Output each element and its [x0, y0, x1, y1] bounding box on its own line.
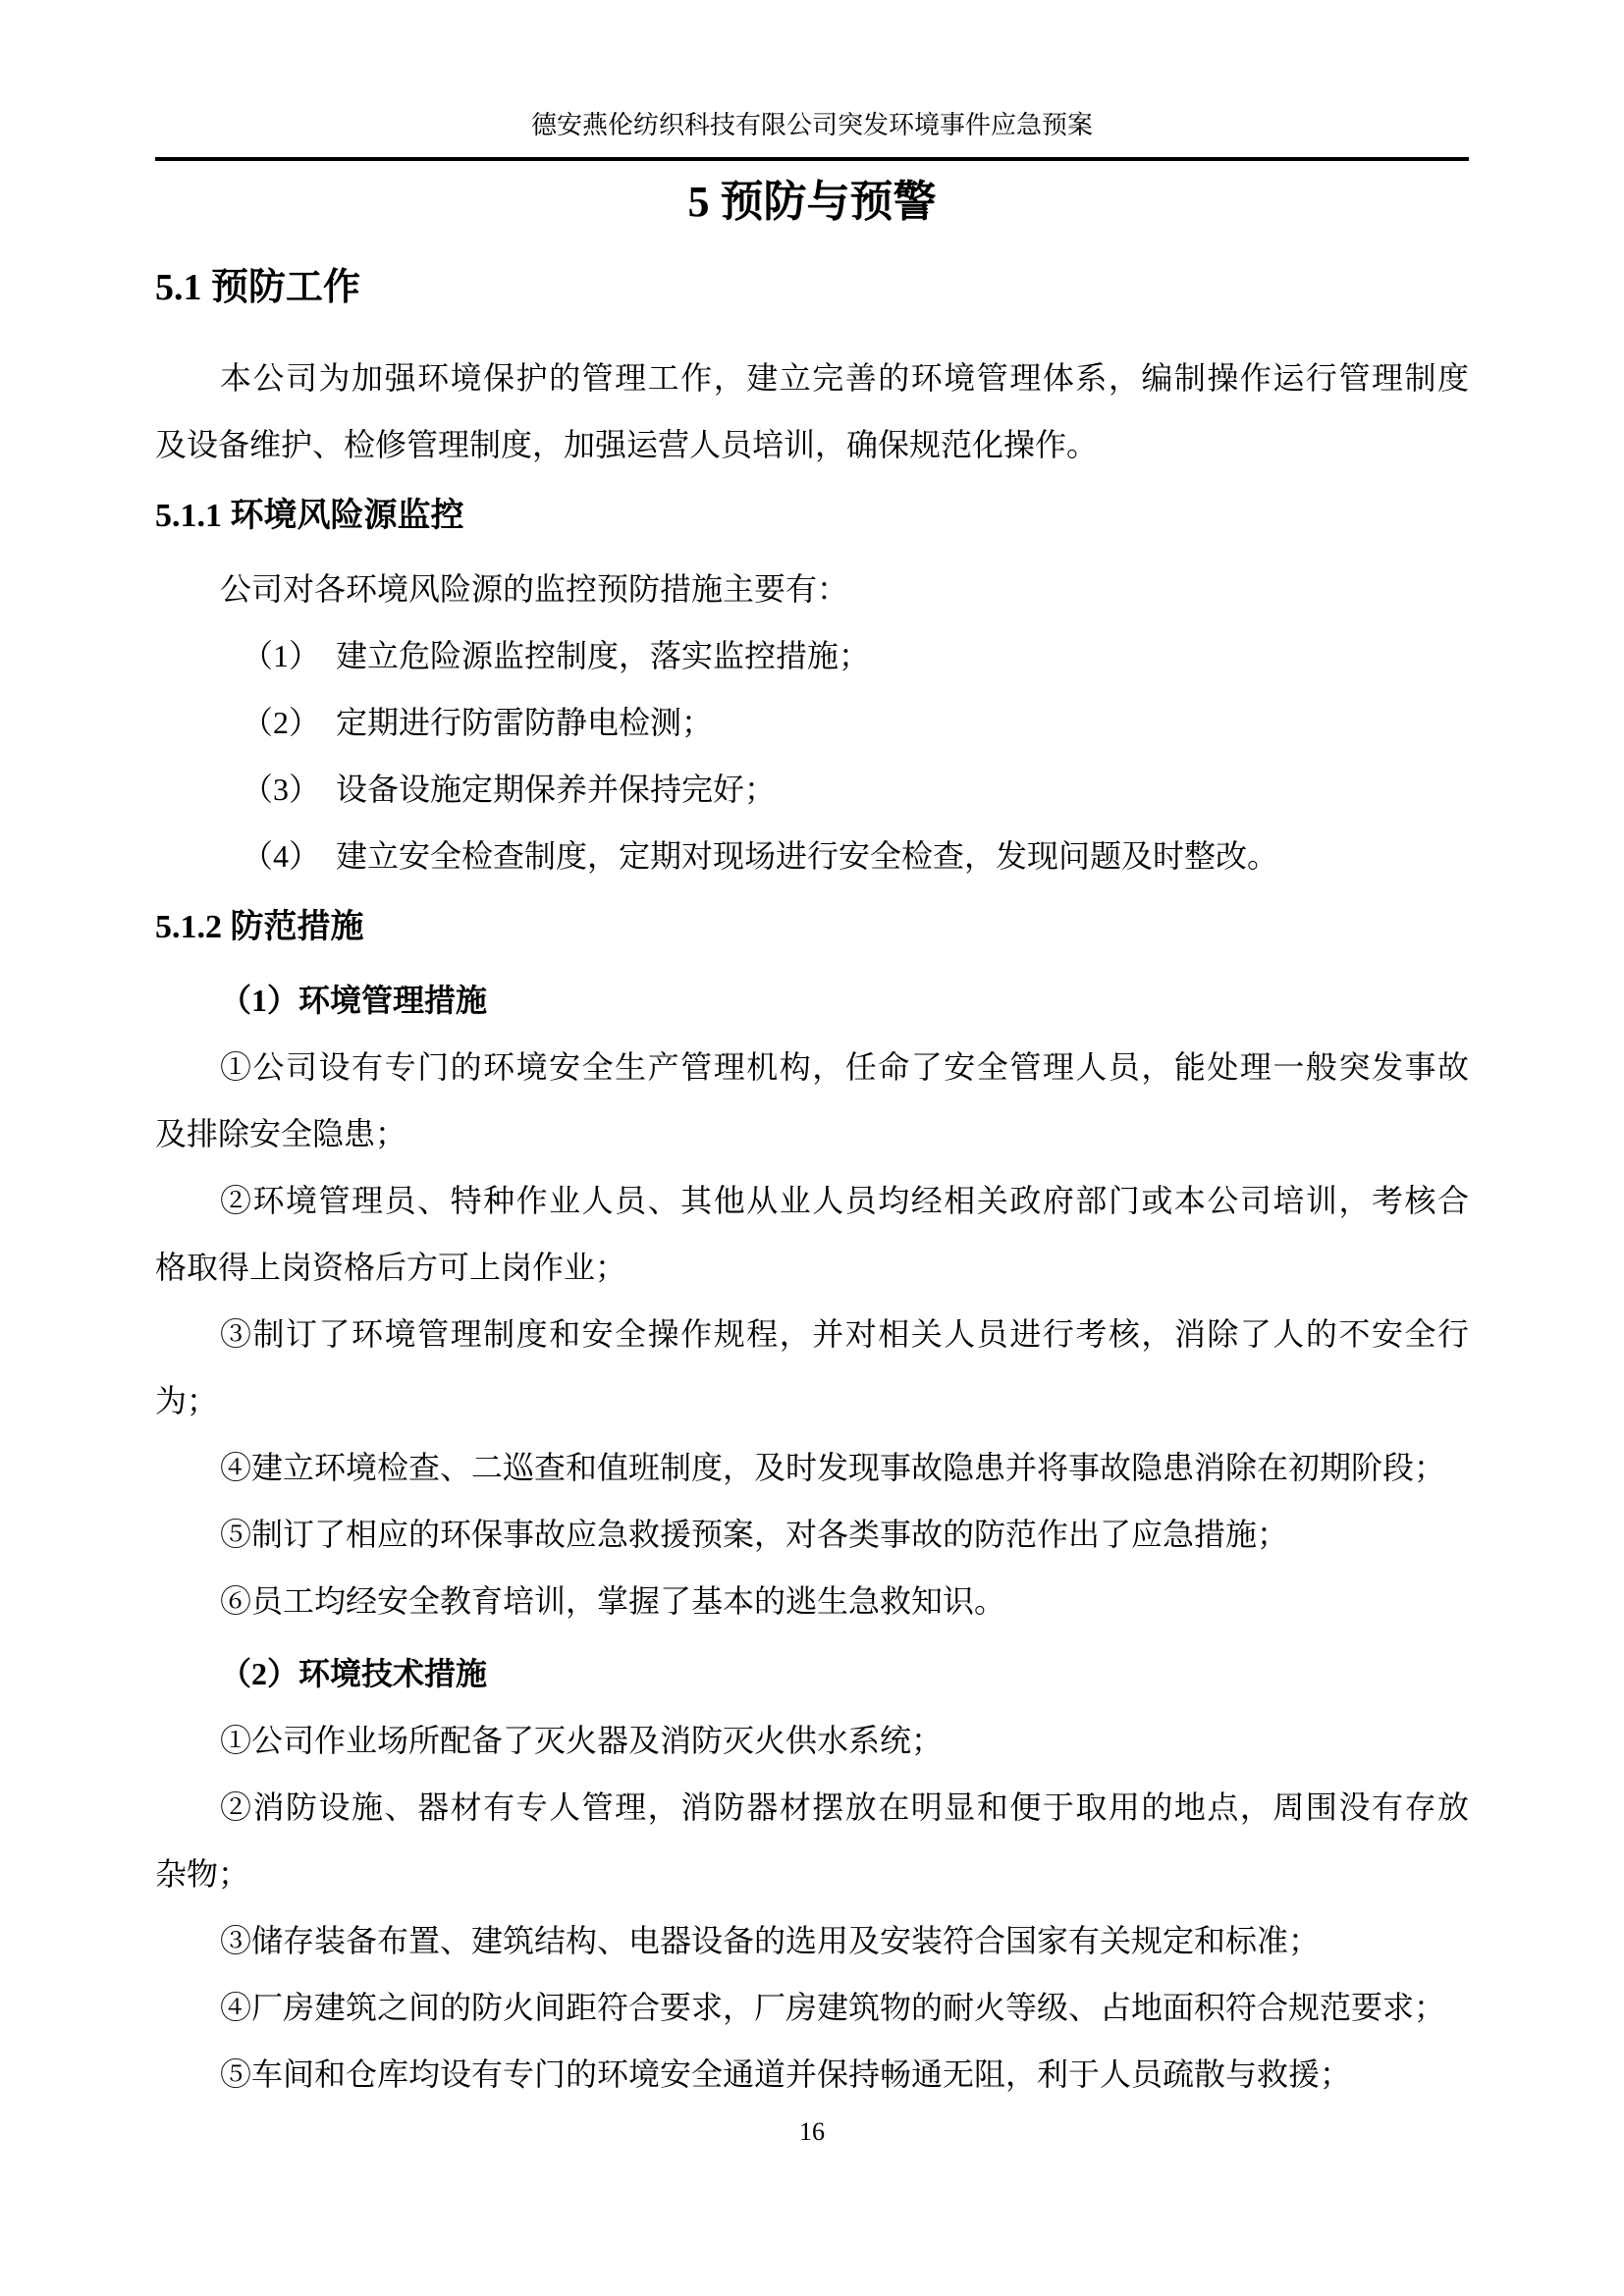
paragraph-line: ①公司作业场所配备了灭火器及消防灭火供水系统；	[155, 1707, 1469, 1774]
paragraph-line: 公司对各环境风险源的监控预防措施主要有：	[155, 556, 1469, 622]
paragraph-line: ①公司设有专门的环境安全生产管理机构，任命了安全管理人员，能处理一般突发事故	[155, 1034, 1469, 1100]
paragraph-line: 及排除安全隐患；	[155, 1100, 1469, 1167]
paragraph-line: 为；	[155, 1367, 1469, 1434]
section-heading: 5.1 预防工作	[155, 259, 1469, 316]
subitem-heading: （1）环境管理措施	[155, 967, 1469, 1034]
paragraph-line: ③储存装备布置、建筑结构、电器设备的选用及安装符合国家有关规定和标准；	[155, 1907, 1469, 1974]
paragraph-line: ④建立环境检查、二巡查和值班制度，及时发现事故隐患并将事故隐患消除在初期阶段；	[155, 1434, 1469, 1501]
page-number: 16	[0, 2114, 1624, 2150]
paragraph-line: ⑤制订了相应的环保事故应急救援预案，对各类事故的防范作出了应急措施；	[155, 1501, 1469, 1568]
list-item: （4） 建立安全检查制度，定期对现场进行安全检查，发现问题及时整改。	[155, 823, 1469, 889]
paragraph-line: ②环境管理员、特种作业人员、其他从业人员均经相关政府部门或本公司培训，考核合	[155, 1167, 1469, 1234]
subitem-heading: （2）环境技术措施	[155, 1640, 1469, 1707]
paragraph-line: ⑤车间和仓库均设有专门的环境安全通道并保持畅通无阻，利于人员疏散与救援；	[155, 2041, 1469, 2108]
document-page: 德安燕伦纺织科技有限公司突发环境事件应急预案 5 预防与预警5.1 预防工作本公…	[0, 0, 1624, 2296]
chapter-title: 5 预防与预警	[155, 175, 1469, 230]
paragraph-line: ③制订了环境管理制度和安全操作规程，并对相关人员进行考核，消除了人的不安全行	[155, 1301, 1469, 1367]
paragraph-line: 本公司为加强环境保护的管理工作，建立完善的环境管理体系，编制操作运行管理制度	[155, 345, 1469, 411]
paragraph-line: 及设备维护、检修管理制度，加强运营人员培训，确保规范化操作。	[155, 411, 1469, 478]
paragraph-line: ④厂房建筑之间的防火间距符合要求，厂房建筑物的耐火等级、占地面积符合规范要求；	[155, 1974, 1469, 2041]
list-item: （3） 设备设施定期保养并保持完好；	[155, 756, 1469, 823]
list-item: （2） 定期进行防雷防静电检测；	[155, 689, 1469, 756]
page-header: 德安燕伦纺织科技有限公司突发环境事件应急预案	[155, 0, 1469, 161]
subsection-heading: 5.1.1 环境风险源监控	[155, 493, 1469, 540]
subsection-heading: 5.1.2 防范措施	[155, 904, 1469, 951]
document-body: 5 预防与预警5.1 预防工作本公司为加强环境保护的管理工作，建立完善的环境管理…	[155, 175, 1469, 2108]
list-item: （1） 建立危险源监控制度，落实监控措施；	[155, 622, 1469, 689]
paragraph-line: ②消防设施、器材有专人管理，消防器材摆放在明显和便于取用的地点，周围没有存放	[155, 1774, 1469, 1841]
paragraph-line: 杂物；	[155, 1841, 1469, 1907]
paragraph-line: ⑥员工均经安全教育培训，掌握了基本的逃生急救知识。	[155, 1568, 1469, 1634]
paragraph-line: 格取得上岗资格后方可上岗作业；	[155, 1234, 1469, 1301]
